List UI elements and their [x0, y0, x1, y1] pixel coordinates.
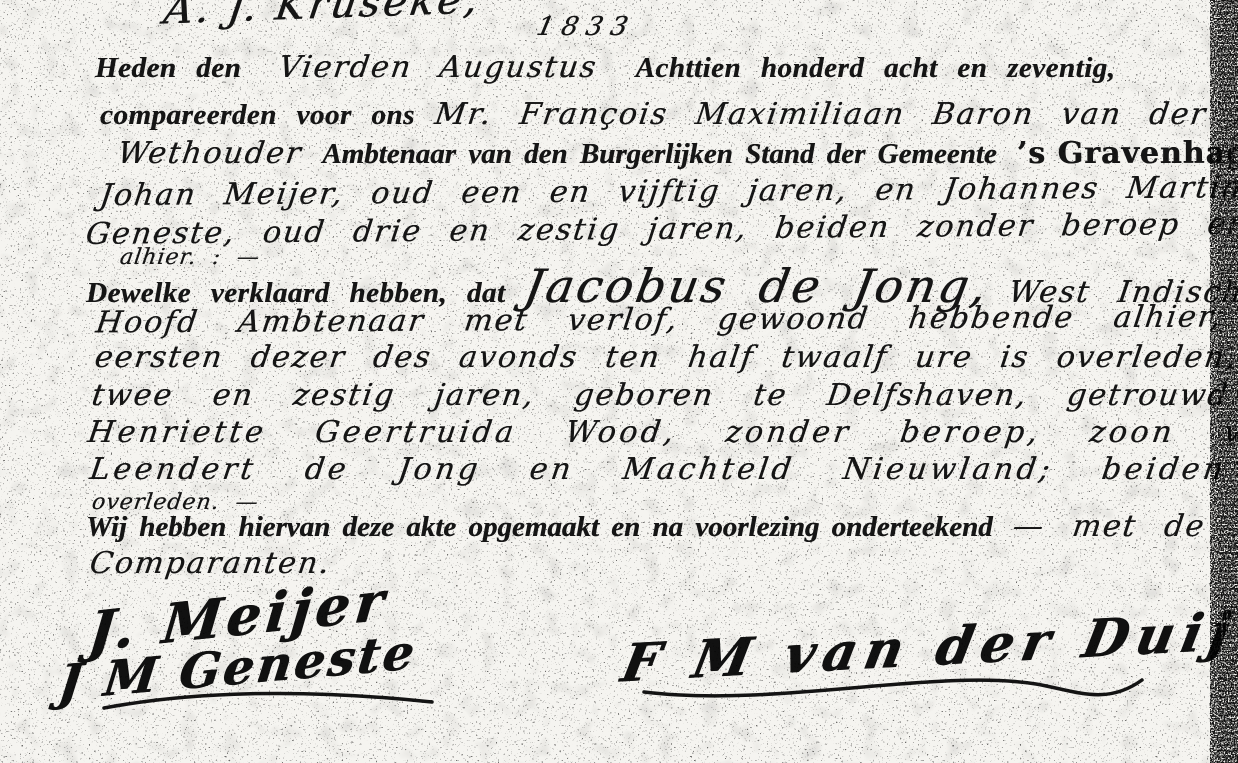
signature-f-m-van-der-duijn: F M van der Duijn: [616, 598, 1238, 694]
record-line-registrar: compareerden voor onsMr. François Maximi…: [100, 97, 1238, 132]
printed-form-text: Heden den: [95, 52, 241, 85]
handwritten-entry: Johan Meijer, oud een en vijftig jaren, …: [98, 170, 1238, 213]
act-number: 1833: [534, 12, 639, 42]
record-line-death-time: eersten dezer des avonds ten half twaalf…: [95, 340, 1238, 375]
handwritten-entry: Hoofd Ambtenaar met verlof, gewoond hebb…: [94, 299, 1238, 341]
handwritten-entry: — met de: [1010, 509, 1207, 544]
record-line-profession: Hoofd Ambtenaar met verlof, gewoond hebb…: [96, 299, 1238, 341]
registrar-name: Mr. François Maximiliaan Baron van der D…: [432, 97, 1238, 132]
record-line-closing: Wij hebben hiervan deze akte opgemaakt e…: [86, 509, 1205, 544]
printed-form-text: Wij hebben hiervan deze akte opgemaakt e…: [86, 511, 993, 544]
handwritten-entry: twee en zestig jaren, geboren te Delfsha…: [90, 378, 1238, 413]
binding-edge: [1218, 0, 1238, 763]
previous-act-signature-fragment: A. J. Kruseke,: [161, 0, 484, 33]
handwritten-entry: eersten dezer des avonds ten half twaalf…: [93, 340, 1238, 375]
record-line-spouse: Henriette Geertruida Wood, zonder beroep…: [88, 415, 1238, 450]
record-line-date: Heden denVierden AugustusAchttien honder…: [95, 50, 1115, 85]
handwritten-entry: Henriette Geertruida Wood, zonder beroep…: [86, 415, 1238, 450]
record-line-age-birthplace: twee en zestig jaren, geboren te Delfsha…: [92, 378, 1238, 413]
handwritten-entry: Wethouder: [116, 136, 305, 171]
scanned-death-record-page: A. J. Kruseke, 1833 Heden denVierden Aug…: [0, 0, 1238, 763]
printed-form-text: Ambtenaar van den Burgerlijken Stand der…: [322, 138, 996, 171]
handwritten-entry: Leendert de Jong en Machteld Nieuwland; …: [88, 452, 1229, 487]
record-line-parents: Leendert de Jong en Machteld Nieuwland; …: [90, 452, 1226, 487]
printed-form-text: Achttien honderd acht en zeventig,: [636, 52, 1116, 85]
handwritten-entry: Comparanten.: [88, 546, 334, 581]
record-line-office: WethouderAmbtenaar van den Burgerlijken …: [118, 136, 1238, 171]
record-line-comparanten: Comparanten.: [90, 546, 331, 581]
handwritten-date: Vierden Augustus: [277, 50, 600, 85]
printed-form-text: compareerden voor ons: [100, 99, 415, 132]
record-line-declarant-1: Johan Meijer, oud een en vijftig jaren, …: [100, 170, 1238, 213]
municipality-name: ’s Gravenhage,: [1017, 136, 1238, 171]
